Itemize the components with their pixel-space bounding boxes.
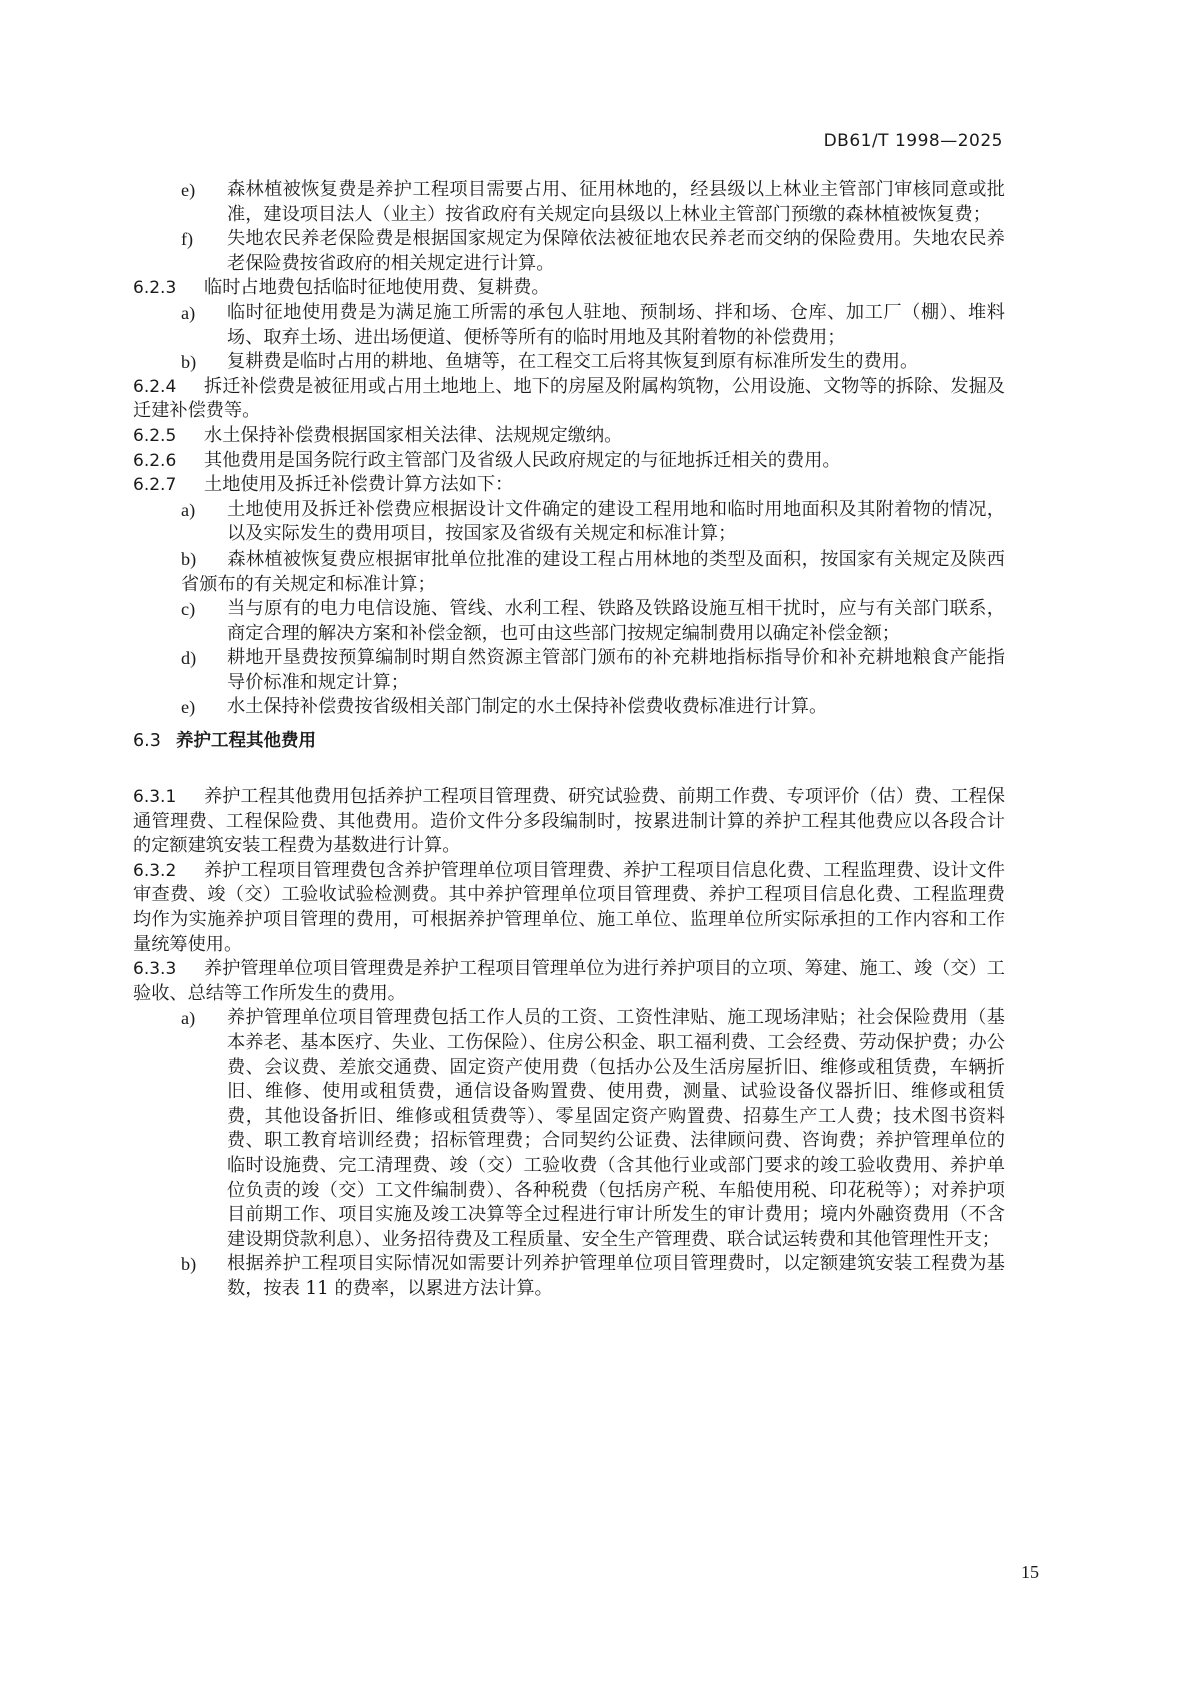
list-item-pension-insurance-fee: f) 失地农民养老保险费是根据国家规定为保障依法被征地农民养老而交纳的保险费用。…: [133, 227, 1005, 276]
clause-number: 6.3.3: [133, 957, 204, 982]
clause-number: 6.2.6: [133, 449, 204, 474]
clause-text: 水土保持补偿费根据国家相关法律、法规规定缴纳。: [204, 425, 622, 446]
clause-6-3-1: 6.3.1养护工程其他费用包括养护工程项目管理费、研究试验费、前期工作费、专项评…: [133, 785, 1005, 859]
list-marker: b): [181, 547, 227, 572]
list-item-soil-water-conservation-fee: e) 水土保持补偿费按省级相关部门制定的水土保持补偿费收费标准进行计算。: [133, 695, 1005, 720]
list-item-forest-fee-calc: b)森林植被恢复费应根据审批单位批准的建设工程占用林地的类型及面积，按国家有关规…: [133, 547, 1005, 597]
section-title-text: 养护工程其他费用: [176, 731, 316, 751]
list-item-land-compensation-calc: a) 土地使用及拆迁补偿费应根据设计文件确定的建设工程用地和临时用地面积及其附着…: [133, 498, 1005, 547]
list-marker: a): [181, 301, 195, 326]
clause-6-2-7: 6.2.7土地使用及拆迁补偿费计算方法如下：: [133, 473, 1005, 498]
clause-text: 土地使用及拆迁补偿费计算方法如下：: [204, 474, 513, 495]
document-page: DB61/T 1998—2025 e) 森林植被恢复费是养护工程项目需要占用、征…: [0, 0, 1190, 1683]
section-heading-6-3: 6.3养护工程其他费用: [133, 729, 1005, 785]
clause-text: 养护管理单位项目管理费是养护工程项目管理单位为进行养护项目的立项、筹建、施工、竣…: [133, 958, 1005, 1004]
clause-text: 养护工程项目管理费包含养护管理单位项目管理费、养护工程项目信息化费、工程监理费、…: [133, 860, 1005, 955]
list-item-text: 森林植被恢复费应根据审批单位批准的建设工程占用林地的类型及面积，按国家有关规定及…: [181, 549, 1005, 595]
clause-6-2-6: 6.2.6其他费用是国务院行政主管部门及省级人民政府规定的与征地拆迁相关的费用。: [133, 449, 1005, 474]
list-item-text: 森林植被恢复费是养护工程项目需要占用、征用林地的，经县级以上林业主管部门审核同意…: [227, 179, 1005, 225]
list-item-farmland-reclamation-fee: d) 耕地开垦费按预算编制时期自然资源主管部门颁布的补充耕地指标指导价和补充耕地…: [133, 646, 1005, 695]
list-item-text: 复耕费是临时占用的耕地、鱼塘等，在工程交工后将其恢复到原有标准所发生的费用。: [227, 351, 918, 372]
clause-number: 6.2.7: [133, 473, 204, 498]
list-marker: f): [181, 227, 193, 252]
clause-number: 6.2.3: [133, 276, 204, 301]
list-item-text: 失地农民养老保险费是根据国家规定为保障依法被征地农民养老而交纳的保险费用。失地农…: [227, 228, 1005, 274]
list-item-text: 养护管理单位项目管理费包括工作人员的工资、工资性津贴、施工现场津贴；社会保险费用…: [227, 1007, 1005, 1249]
list-item-text: 根据养护工程项目实际情况如需要计列养护管理单位项目管理费时，以定额建筑安装工程费…: [227, 1253, 1005, 1299]
list-item-management-fee-calc: b) 根据养护工程项目实际情况如需要计列养护管理单位项目管理费时，以定额建筑安装…: [133, 1252, 1005, 1301]
document-body: e) 森林植被恢复费是养护工程项目需要占用、征用林地的，经县级以上林业主管部门审…: [133, 178, 1005, 1302]
clause-6-2-5: 6.2.5水土保持补偿费根据国家相关法律、法规规定缴纳。: [133, 424, 1005, 449]
standard-code-header: DB61/T 1998—2025: [824, 131, 1003, 151]
clause-text: 临时占地费包括临时征地使用费、复耕费。: [204, 277, 550, 298]
clause-6-3-2: 6.3.2养护工程项目管理费包含养护管理单位项目管理费、养护工程项目信息化费、工…: [133, 859, 1005, 957]
list-item-text: 水土保持补偿费按省级相关部门制定的水土保持补偿费收费标准进行计算。: [227, 696, 827, 717]
list-item-text: 临时征地使用费是为满足施工所需的承包人驻地、预制场、拌和场、仓库、加工厂（棚）、…: [227, 302, 1005, 348]
list-item-text: 耕地开垦费按预算编制时期自然资源主管部门颁布的补充耕地指标指导价和补充耕地粮食产…: [227, 647, 1005, 693]
list-item-reclamation-fee: b) 复耕费是临时占用的耕地、鱼塘等，在工程交工后将其恢复到原有标准所发生的费用…: [133, 350, 1005, 375]
clause-text: 拆迁补偿费是被征用或占用土地地上、地下的房屋及附属构筑物，公用设施、文物等的拆除…: [133, 376, 1005, 422]
list-marker: a): [181, 498, 195, 523]
list-marker: e): [181, 178, 195, 203]
clause-text: 其他费用是国务院行政主管部门及省级人民政府规定的与征地拆迁相关的费用。: [204, 450, 841, 471]
clause-text: 养护工程其他费用包括养护工程项目管理费、研究试验费、前期工作费、专项评价（估）费…: [133, 786, 1005, 856]
list-marker: d): [181, 646, 196, 671]
clause-number: 6.2.4: [133, 375, 204, 400]
clause-number: 6.3.2: [133, 859, 204, 884]
clause-number: 6.3.1: [133, 785, 204, 810]
list-item-forest-restoration-fee: e) 森林植被恢复费是养护工程项目需要占用、征用林地的，经县级以上林业主管部门审…: [133, 178, 1005, 227]
list-marker: b): [181, 350, 196, 375]
clause-6-2-4: 6.2.4拆迁补偿费是被征用或占用土地地上、地下的房屋及附属构筑物，公用设施、文…: [133, 375, 1005, 424]
list-marker: b): [181, 1252, 196, 1277]
list-item-management-fee-scope: a) 养护管理单位项目管理费包括工作人员的工资、工资性津贴、施工现场津贴；社会保…: [133, 1006, 1005, 1252]
list-item-temporary-land-use-fee: a) 临时征地使用费是为满足施工所需的承包人驻地、预制场、拌和场、仓库、加工厂（…: [133, 301, 1005, 350]
list-marker: a): [181, 1006, 195, 1031]
list-marker: c): [181, 597, 195, 622]
list-item-text: 土地使用及拆迁补偿费应根据设计文件确定的建设工程用地和临时用地面积及其附着物的情…: [227, 499, 1005, 545]
clause-6-3-3: 6.3.3养护管理单位项目管理费是养护工程项目管理单位为进行养护项目的立项、筹建…: [133, 957, 1005, 1006]
list-marker: e): [181, 695, 195, 720]
list-item-interference-compensation: c) 当与原有的电力电信设施、管线、水利工程、铁路及铁路设施互相干扰时，应与有关…: [133, 597, 1005, 646]
clause-6-2-3: 6.2.3临时占地费包括临时征地使用费、复耕费。: [133, 276, 1005, 301]
section-number: 6.3: [133, 729, 176, 753]
list-item-text: 当与原有的电力电信设施、管线、水利工程、铁路及铁路设施互相干扰时，应与有关部门联…: [227, 598, 1005, 644]
clause-number: 6.2.5: [133, 424, 204, 449]
page-number: 15: [1021, 1562, 1039, 1583]
